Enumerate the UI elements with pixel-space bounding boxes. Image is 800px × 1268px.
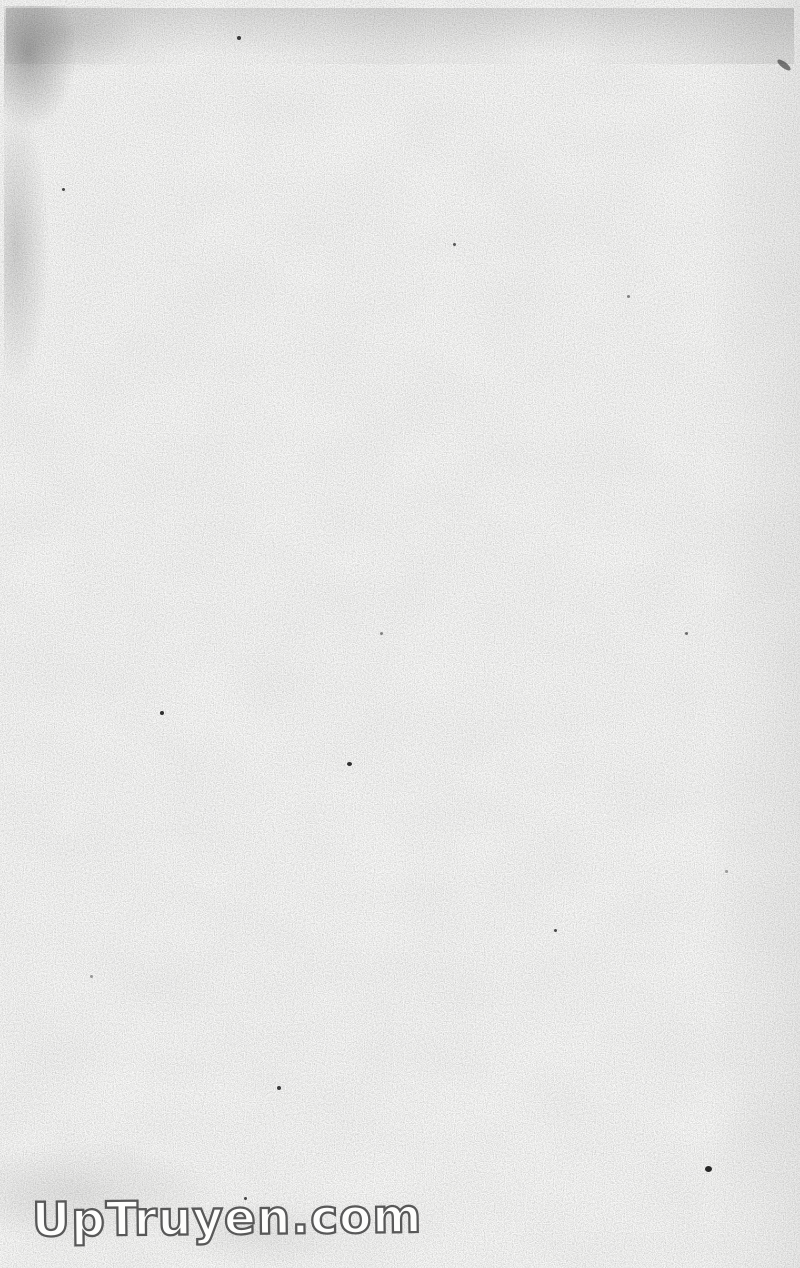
- scanned-page: UpTruyen.com: [0, 0, 800, 1268]
- paper-grain-texture: [0, 0, 800, 1268]
- watermark-text: UpTruyen.com: [32, 1189, 423, 1248]
